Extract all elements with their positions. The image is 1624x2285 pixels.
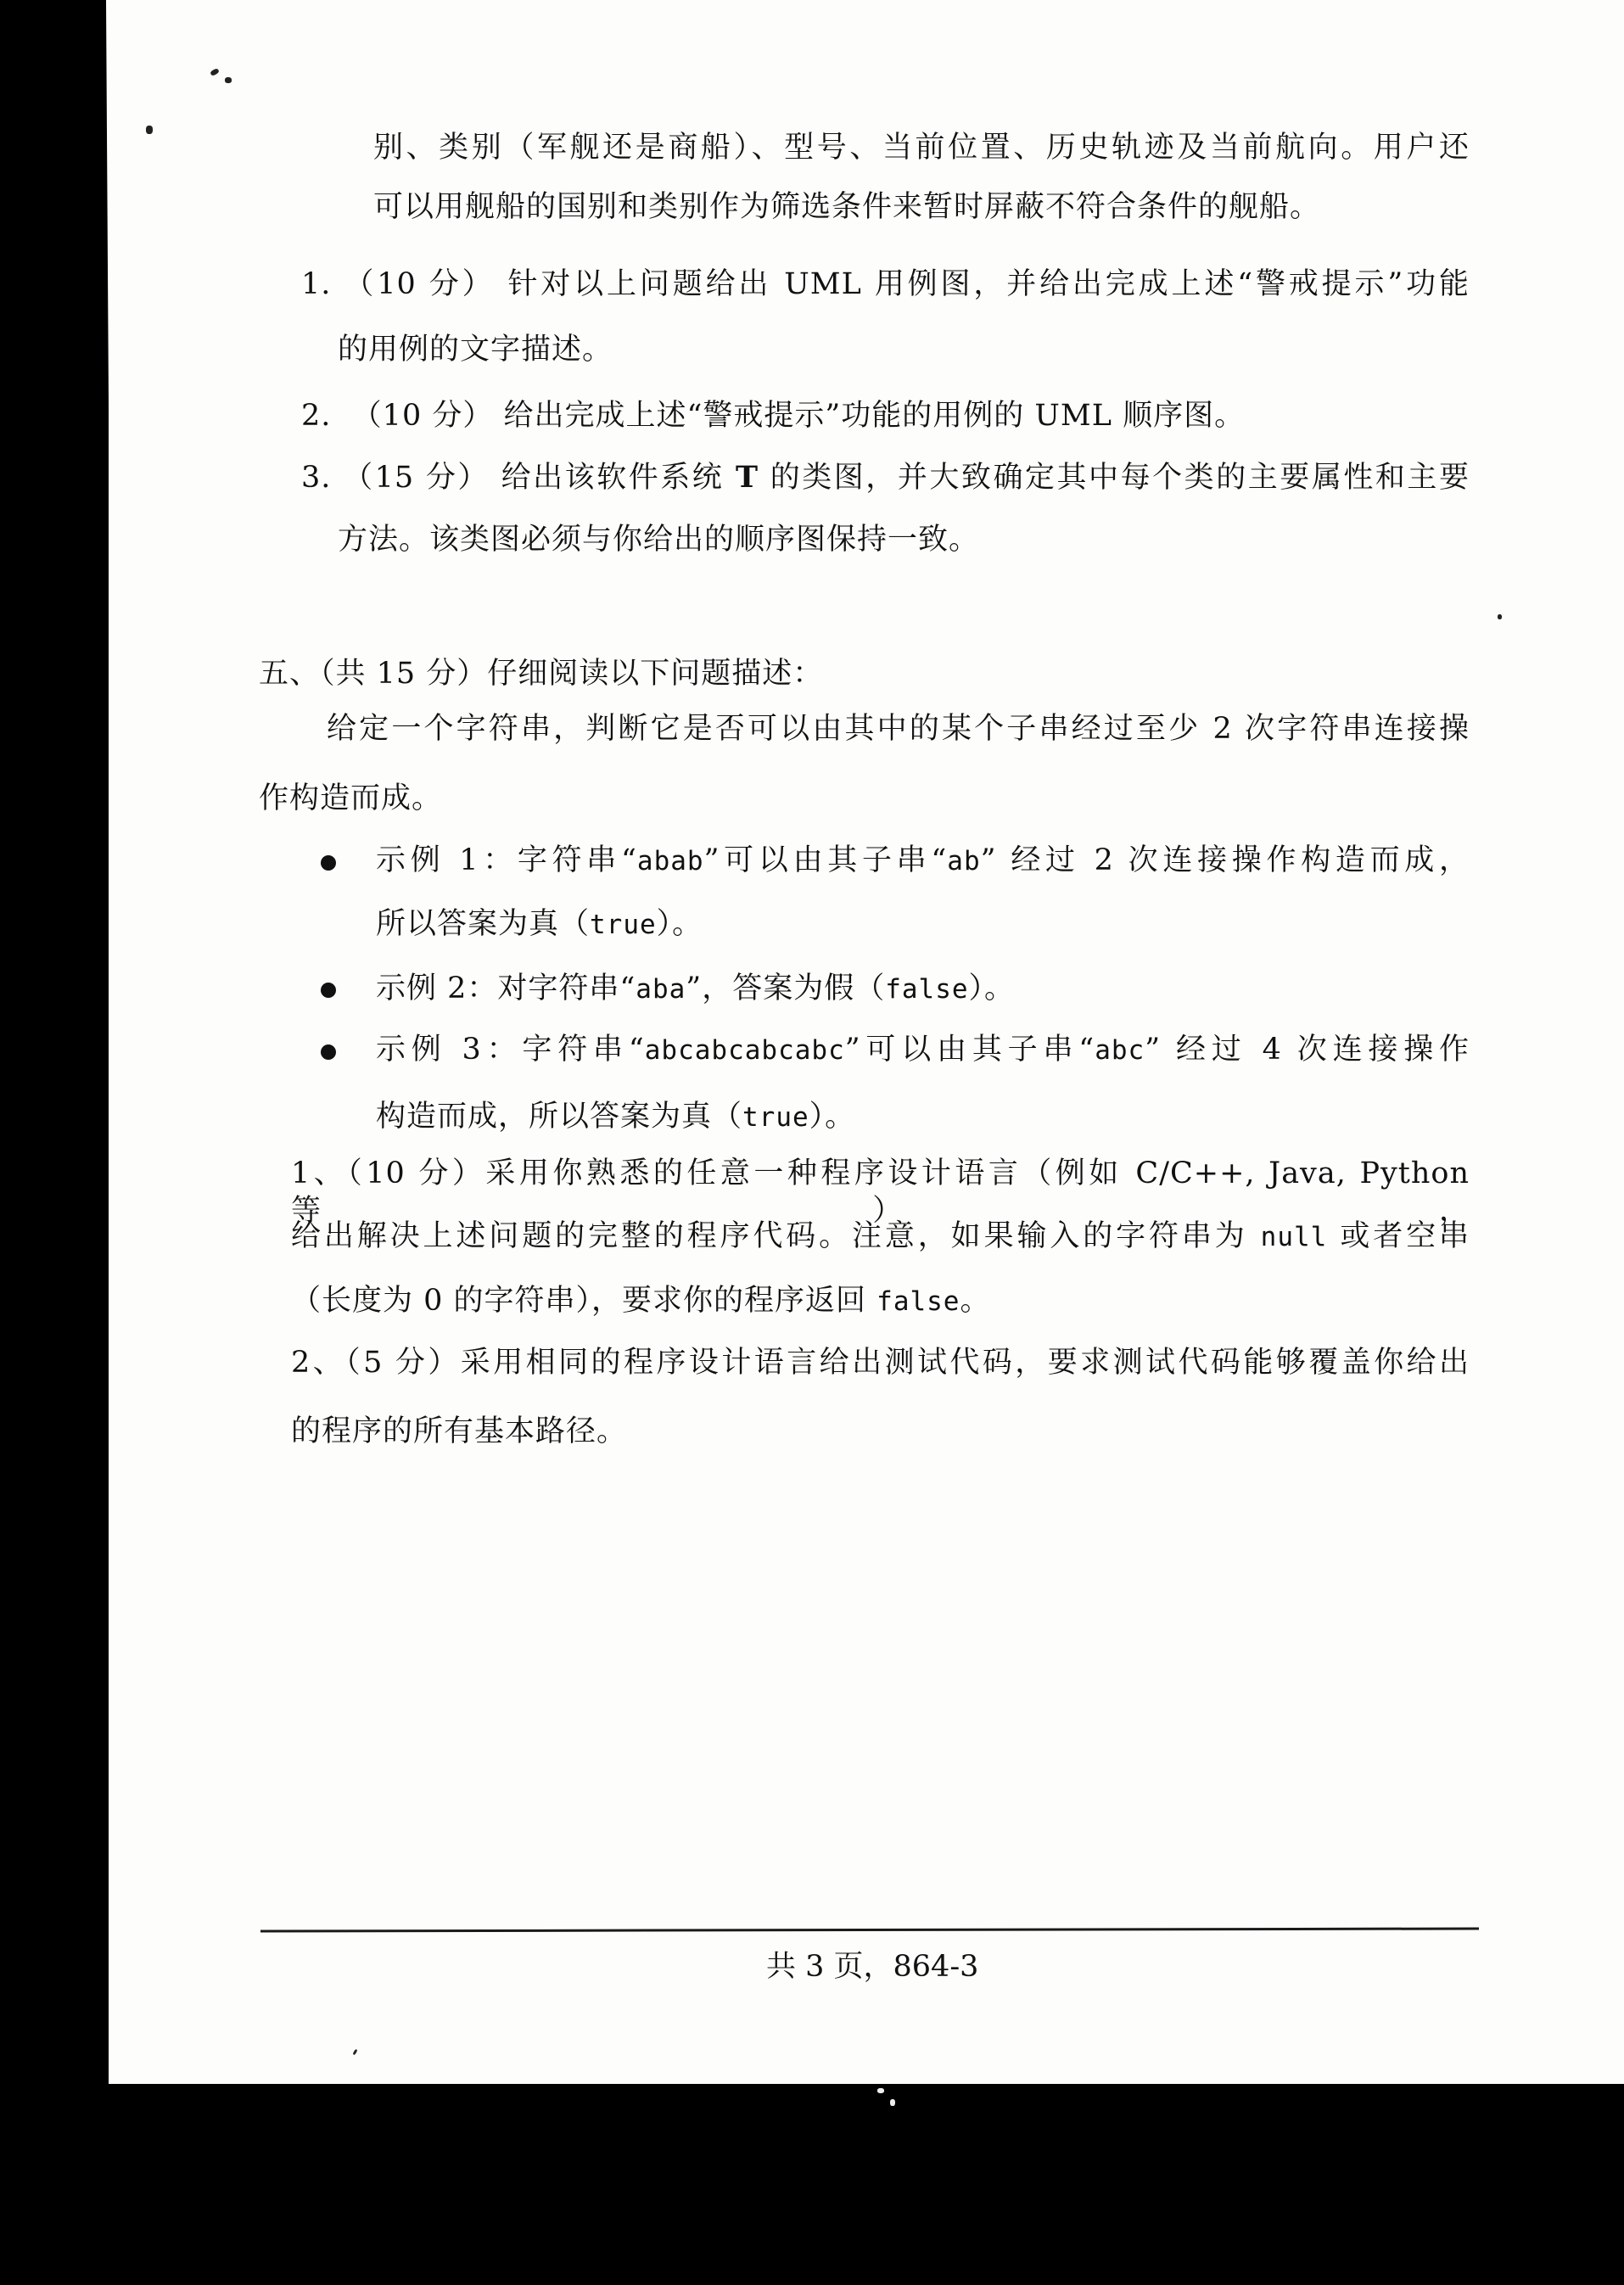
scan-speck (352, 2049, 357, 2056)
example-substring: ab (947, 846, 980, 876)
text-part: 构造而成，所以答案为真（ (376, 1100, 742, 1134)
question-text: 给出完成上述“警戒提示”功能的用例的 UML 顺序图。 (503, 399, 1245, 433)
text-part: ” 经过 4 次连接操作 (1145, 1033, 1470, 1067)
text-part: ”可以由其子串“ (845, 1033, 1095, 1067)
question-score: （10 分） (344, 267, 495, 301)
example-3-line-2: 构造而成，所以答案为真（true）。 (376, 1098, 855, 1136)
text-part: ” 经过 2 次连接操作构造而成， (981, 843, 1470, 877)
question-4-3-line-2: 方法。该类图必须与你给出的顺序图保持一致。 (338, 521, 979, 558)
example-1-line-1: 示例 1：字符串“abab”可以由其子串“ab” 经过 2 次连接操作构造而成， (376, 842, 1470, 880)
text-part: 或者空串 (1327, 1219, 1470, 1253)
text-part: ）。 (809, 1100, 856, 1134)
text-part: 给出解决上述问题的完整的程序代码。注意，如果输入的字符串为 (291, 1219, 1261, 1253)
text-part: ”可以由其子串“ (704, 843, 948, 877)
question-5-2-line-2: 的程序的所有基本路径。 (291, 1413, 627, 1450)
question-5-1-line-3: （长度为 0 的字符串），要求你的程序返回 false。 (291, 1282, 991, 1320)
question-text: 针对以上问题给出 UML 用例图，并给出完成上述“警戒提示”功能 (507, 267, 1470, 301)
bullet-icon (321, 983, 336, 998)
example-2-line-1: 示例 2：对字符串“aba”，答案为假（false）。 (376, 970, 1015, 1008)
bullet-icon (321, 855, 336, 871)
scan-border-bottom (0, 2084, 1624, 2285)
code-literal: false (885, 974, 968, 1005)
text-part: 给出该软件系统 (501, 461, 736, 495)
question-number: 1. (301, 267, 331, 301)
text-part: （长度为 0 的字符串），要求你的程序返回 (291, 1284, 876, 1318)
example-string: abcabcabcabc (645, 1035, 845, 1066)
text-part: 的类图，并大致确定其中每个类的主要属性和主要 (759, 461, 1470, 495)
question-number: 3. (301, 461, 331, 495)
question-5-2-line-1: 2、（5 分）采用相同的程序设计语言给出测试代码，要求测试代码能够覆盖你给出 (291, 1344, 1470, 1381)
continuation-line-2: 可以用舰船的国别和类别作为筛选条件来暂时屏蔽不符合条件的舰船。 (373, 188, 1320, 226)
question-number: 2. (301, 399, 331, 433)
text-part: 所以答案为真（ (376, 907, 590, 941)
continuation-line-1: 别、类别（军舰还是商船）、型号、当前位置、历史轨迹及当前航向。用户还 (373, 129, 1470, 166)
text-part: 。 (960, 1284, 990, 1318)
scan-speck (210, 68, 220, 76)
example-label: 示例 2：对字符串“ (376, 972, 636, 1005)
scan-speck (225, 77, 232, 83)
code-literal: false (876, 1286, 960, 1317)
system-name: T (736, 460, 759, 495)
question-score: （10 分） (352, 399, 494, 433)
example-3-line-1: 示例 3：字符串“abcabcabcabc”可以由其子串“abc” 经过 4 次… (376, 1031, 1470, 1069)
example-string: aba (636, 974, 686, 1005)
section-5-intro-line-2: 作构造而成。 (259, 780, 442, 817)
question-4-1-line-2: 的用例的文字描述。 (338, 331, 613, 368)
scan-speck (877, 2088, 884, 2093)
scanned-page: 别、类别（军舰还是商船）、型号、当前位置、历史轨迹及当前航向。用户还 可以用舰船… (0, 0, 1624, 2086)
scan-speck (1498, 614, 1502, 619)
example-label: 示例 3：字符串“ (376, 1033, 645, 1067)
example-substring: abc (1095, 1035, 1145, 1066)
example-1-line-2: 所以答案为真（true）。 (376, 905, 703, 944)
scan-border-left (0, 0, 109, 2285)
code-literal: true (590, 910, 657, 940)
code-literal: true (742, 1102, 809, 1133)
question-4-3-line-1: 3. （15 分） 给出该软件系统 T 的类图，并大致确定其中每个类的主要属性和… (301, 459, 1470, 496)
question-4-2-line-1: 2. （10 分） 给出完成上述“警戒提示”功能的用例的 UML 顺序图。 (301, 397, 1245, 434)
page-footer: 共 3 页，864-3 (766, 1948, 978, 1985)
text-part: ”，答案为假（ (686, 972, 885, 1005)
text-part: ）。 (969, 972, 1016, 1005)
question-4-1-line-1: 1. （10 分） 针对以上问题给出 UML 用例图，并给出完成上述“警戒提示”… (301, 266, 1470, 303)
example-string: abab (637, 846, 704, 876)
scan-speck (890, 2099, 895, 2106)
question-text: 给出该软件系统 T 的类图，并大致确定其中每个类的主要属性和主要 (501, 461, 1470, 495)
text-part: ）。 (657, 907, 703, 941)
example-label: 示例 1：字符串“ (376, 843, 637, 877)
scan-speck (146, 126, 153, 134)
question-5-1-line-2: 给出解决上述问题的完整的程序代码。注意，如果输入的字符串为 null 或者空串 (291, 1218, 1470, 1256)
section-5-intro-line-1: 给定一个字符串，判断它是否可以由其中的某个子串经过至少 2 次字符串连接操 (327, 710, 1470, 748)
bullet-icon (321, 1044, 336, 1060)
section-5-heading: 五、（共 15 分）仔细阅读以下问题描述： (259, 655, 823, 692)
question-score: （15 分） (343, 461, 490, 495)
footer-divider (260, 1927, 1479, 1932)
code-literal: null (1261, 1222, 1328, 1252)
